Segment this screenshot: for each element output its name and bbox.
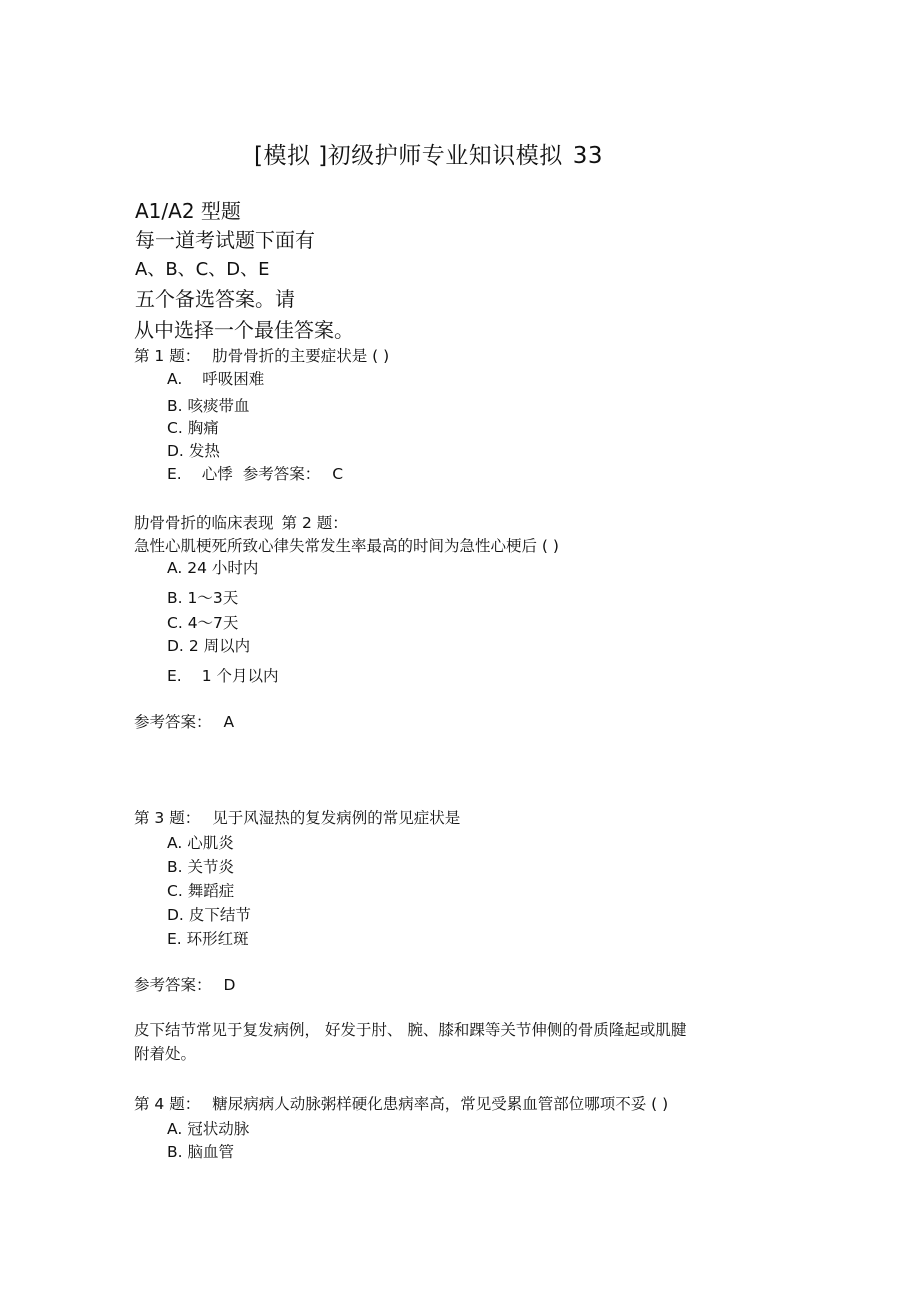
- answer-label: 参考答案：: [134, 976, 212, 994]
- option-key: B.: [167, 1143, 183, 1161]
- option-key: A.: [167, 1120, 182, 1138]
- document-title: [模拟 ]初级护师专业知识模拟33: [254, 145, 603, 168]
- question-label: 第 4 题：: [134, 1095, 200, 1113]
- option-key: A.: [167, 834, 182, 852]
- answer-label: 参考答案：: [134, 713, 212, 731]
- option-text: 皮下结节: [189, 906, 251, 924]
- option-text: 心悸: [202, 465, 233, 483]
- question-2-answer: 参考答案：A: [134, 715, 234, 731]
- option-text: 环形红斑: [187, 930, 249, 948]
- option-b: B. 关节炎: [167, 860, 234, 876]
- question-3-answer: 参考答案：D: [134, 978, 235, 994]
- title-text: [模拟 ]初级护师专业知识模拟: [254, 143, 563, 169]
- option-key: B.: [167, 397, 183, 415]
- answer-value: C: [332, 465, 343, 483]
- option-text: 呼吸困难: [202, 370, 264, 388]
- option-key: C.: [167, 882, 183, 900]
- answer-value: A: [224, 713, 235, 731]
- option-key: D.: [167, 906, 184, 924]
- question-text: 见于风湿热的复发病例的常见症状是: [212, 809, 460, 827]
- option-key: A.: [167, 559, 182, 577]
- title-number: 33: [573, 143, 603, 169]
- question-label: 第 1 题：: [134, 347, 200, 365]
- question-2-header: 肋骨骨折的临床表现第 2 题：: [134, 516, 348, 532]
- option-a: A.呼吸困难: [167, 372, 264, 388]
- question-2-stem: 急性心肌梗死所致心律失常发生率最高的时间为急性心梗后 ( ): [134, 539, 559, 555]
- question-text: 肋骨骨折的主要症状是 ( ): [212, 347, 389, 365]
- instruction-line: 每一道考试题下面有: [135, 230, 315, 250]
- option-e: E.心悸参考答案：C: [167, 467, 343, 483]
- option-key: B.: [167, 589, 183, 607]
- option-b: B. 1～3天: [167, 591, 238, 607]
- option-a: A. 24 小时内: [167, 561, 258, 577]
- explanation-text: 肋骨骨折的临床表现: [134, 514, 274, 532]
- option-text: 1～3天: [188, 589, 239, 607]
- question-label: 第 2 题：: [282, 514, 348, 532]
- question-1-stem: 第 1 题：肋骨骨折的主要症状是 ( ): [134, 349, 389, 365]
- option-text: 发热: [189, 442, 220, 460]
- answer-value: D: [224, 976, 236, 994]
- option-text: 咳痰带血: [188, 397, 250, 415]
- option-c: C. 胸痛: [167, 421, 219, 437]
- option-text: 24 小时内: [187, 559, 258, 577]
- option-key: C.: [167, 614, 183, 632]
- option-key: C.: [167, 419, 183, 437]
- question-4-stem: 第 4 题：糖尿病病人动脉粥样硬化患病率高，常见受累血管部位哪项不妥 ( ): [134, 1097, 668, 1113]
- option-key: D.: [167, 637, 184, 655]
- option-text: 舞蹈症: [188, 882, 235, 900]
- question-3-stem: 第 3 题：见于风湿热的复发病例的常见症状是: [134, 811, 460, 827]
- option-e: E.1 个月以内: [167, 669, 279, 685]
- option-a: A. 心肌炎: [167, 836, 234, 852]
- option-text: 脑血管: [188, 1143, 235, 1161]
- option-c: C. 4～7天: [167, 616, 238, 632]
- option-key: D.: [167, 442, 184, 460]
- option-text: 关节炎: [188, 858, 235, 876]
- option-d: D. 2 周以内: [167, 639, 250, 655]
- option-text: 1 个月以内: [202, 667, 279, 685]
- option-text: 胸痛: [188, 419, 219, 437]
- option-d: D. 皮下结节: [167, 908, 251, 924]
- option-text: 心肌炎: [187, 834, 234, 852]
- instruction-line: A、B、C、D、E: [135, 261, 269, 279]
- option-key: E.: [167, 667, 182, 685]
- option-c: C. 舞蹈症: [167, 884, 234, 900]
- option-key: E.: [167, 465, 182, 483]
- section-heading: A1/A2 型题: [135, 201, 241, 221]
- option-text: 4～7天: [188, 614, 239, 632]
- option-b: B. 脑血管: [167, 1145, 234, 1161]
- option-d: D. 发热: [167, 444, 220, 460]
- option-key: A.: [167, 370, 182, 388]
- explanation-line: 附着处。: [134, 1047, 196, 1063]
- answer-label: 参考答案：: [243, 465, 321, 483]
- option-b: B. 咳痰带血: [167, 399, 250, 415]
- option-text: 冠状动脉: [187, 1120, 249, 1138]
- option-text: 2 周以内: [189, 637, 250, 655]
- question-text: 糖尿病病人动脉粥样硬化患病率高，常见受累血管部位哪项不妥 ( ): [212, 1095, 668, 1113]
- question-label: 第 3 题：: [134, 809, 200, 827]
- option-e: E. 环形红斑: [167, 932, 249, 948]
- instruction-line: 从中选择一个最佳答案。: [134, 320, 354, 340]
- instruction-line: 五个备选答案。请: [135, 289, 295, 309]
- option-a: A. 冠状动脉: [167, 1122, 249, 1138]
- explanation-line: 皮下结节常见于复发病例， 好发于肘、 腕、膝和踝等关节伸侧的骨质隆起或肌腱: [134, 1023, 686, 1039]
- option-key: E.: [167, 930, 182, 948]
- option-key: B.: [167, 858, 183, 876]
